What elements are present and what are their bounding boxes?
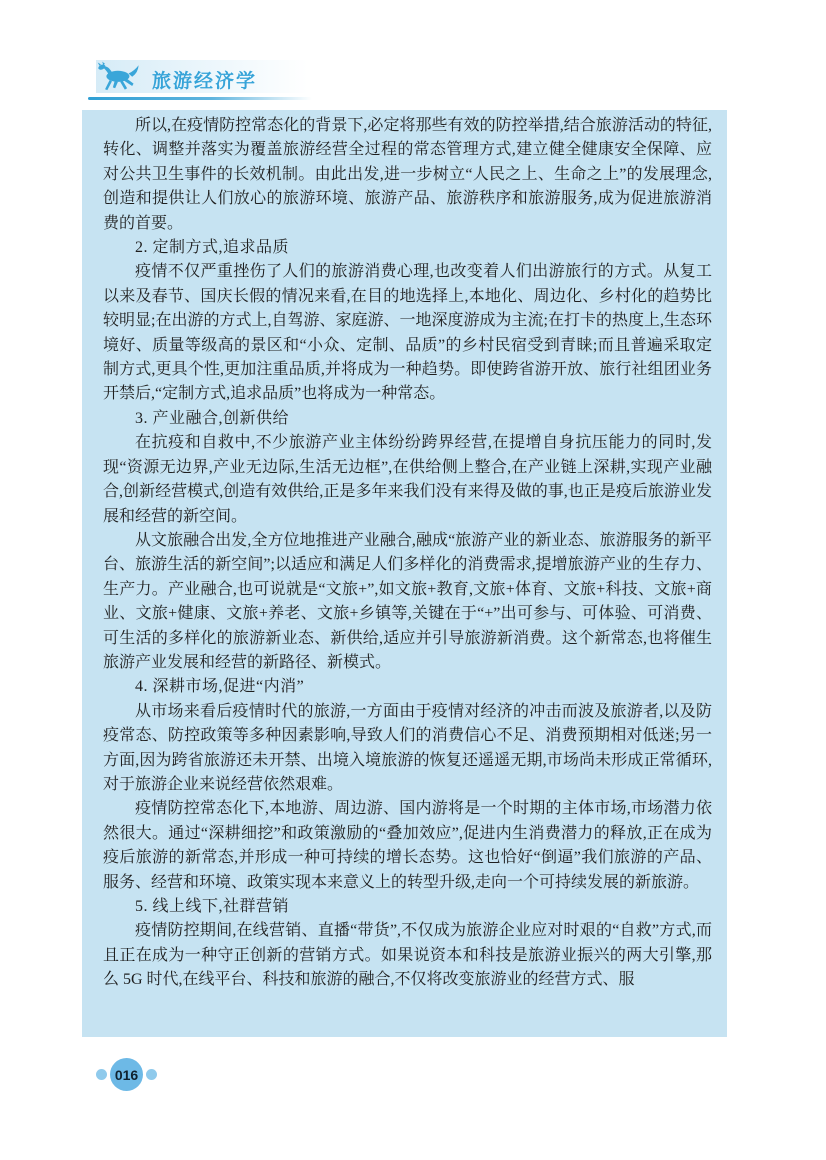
- section-heading: 2. 定制方式,追求品质: [103, 236, 712, 260]
- book-page: 旅游经济学 所以,在疫情防控常态化的背景下,必定将那些有效的防控举措,结合旅游活…: [0, 0, 826, 1160]
- body-paragraph: 疫情防控期间,在线营销、直播“带货”,不仅成为旅游企业应对时艰的“自救”方式,而…: [103, 919, 712, 992]
- body-paragraph: 从市场来看后疫情时代的旅游,一方面由于疫情对经济的冲击而波及旅游者,以及防疫常态…: [103, 700, 712, 798]
- decorative-dot-left: [96, 1069, 107, 1080]
- section-heading: 4. 深耕市场,促进“内消”: [103, 675, 712, 699]
- body-paragraph: 从文旅融合出发,全方位地推进产业融合,融成“旅游产业的新业态、旅游服务的新平台、…: [103, 529, 712, 675]
- body-paragraph: 所以,在疫情防控常态化的背景下,必定将那些有效的防控举措,结合旅游活动的特征,转…: [103, 114, 712, 236]
- content-panel: 所以,在疫情防控常态化的背景下,必定将那些有效的防控举措,结合旅游活动的特征,转…: [82, 110, 727, 1037]
- decorative-dot-right: [146, 1069, 157, 1080]
- page-header-title: 旅游经济学: [152, 66, 257, 93]
- header-underline: [88, 97, 312, 100]
- section-heading: 5. 线上线下,社群营销: [103, 895, 712, 919]
- body-paragraph: 疫情防控常态化下,本地游、周边游、国内游将是一个时期的主体市场,市场潜力依然很大…: [103, 797, 712, 895]
- body-paragraph: 在抗疫和自救中,不少旅游产业主体纷纷跨界经营,在提增自身抗压能力的同时,发现“资…: [103, 431, 712, 529]
- page-number-badge: 016: [110, 1058, 143, 1091]
- body-paragraph: 疫情不仅严重挫伤了人们的旅游消费心理,也改变着人们出游旅行的方式。从复工以来及春…: [103, 260, 712, 406]
- page-number: 016: [115, 1067, 138, 1083]
- section-heading: 3. 产业融合,创新供给: [103, 407, 712, 431]
